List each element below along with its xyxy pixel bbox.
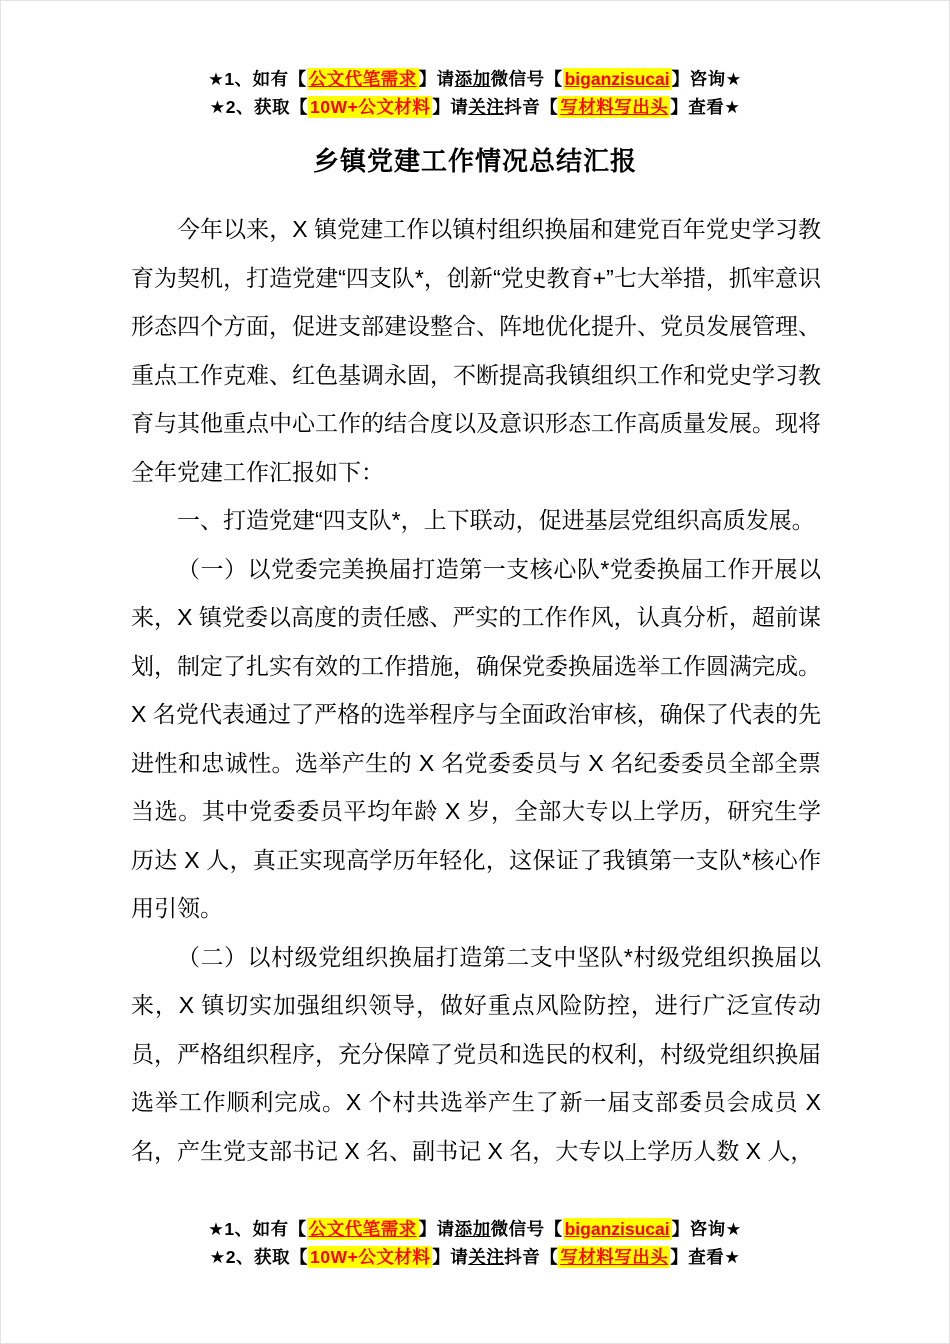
ad-line2-highlight-materials: 10W+公文材料 bbox=[308, 1246, 432, 1268]
body-paragraph-section-2: （二）以村级党组织换届打造第二支中坚队*村级党组织换届以来，X 镇切实加强组织领… bbox=[131, 933, 821, 1176]
ad-line2-underline-follow: 关注 bbox=[468, 97, 504, 117]
page-title: 乡镇党建工作情况总结汇报 bbox=[1, 143, 949, 179]
ad-line2-prefix: ★2、获取【 bbox=[210, 97, 308, 117]
ad-line1-mid1: 】请 bbox=[419, 69, 455, 89]
footer-ad-line-2: ★2、获取【10W+公文材料】请关注抖音【写材料写出头】查看★ bbox=[1, 1243, 949, 1271]
body-paragraph-heading-1: 一、打造党建“四支队*，上下联动，促进基层党组织高质发展。 bbox=[131, 496, 821, 545]
ad-line1-highlight-service: 公文代笔需求 bbox=[307, 1218, 419, 1240]
ad-line2-underline-follow: 关注 bbox=[468, 1247, 504, 1267]
ad-line1-wechat-id: biganzisucai bbox=[563, 68, 672, 90]
body-paragraph-section-1: （一）以党委完美换届打造第一支核心队*党委换届工作开展以来，X 镇党委以高度的责… bbox=[131, 545, 821, 933]
ad-line1-underline-add: 添加 bbox=[455, 1219, 491, 1239]
footer-ad-block: ★1、如有【公文代笔需求】请添加微信号【biganzisucai】咨询★ ★2、… bbox=[1, 1215, 949, 1271]
document-body: 今年以来，X 镇党建工作以镇村组织换届和建党百年党史学习教育为契机，打造党建“四… bbox=[131, 205, 821, 1175]
ad-line2-suffix: 】查看★ bbox=[670, 1247, 740, 1267]
ad-line2-highlight-materials: 10W+公文材料 bbox=[308, 96, 432, 118]
ad-line1-mid2: 微信号【 bbox=[491, 1219, 563, 1239]
header-ad-line-2: ★2、获取【10W+公文材料】请关注抖音【写材料写出头】查看★ bbox=[1, 93, 949, 121]
document-page: ★1、如有【公文代笔需求】请添加微信号【biganzisucai】咨询★ ★2、… bbox=[0, 0, 950, 1344]
ad-line2-mid2: 抖音【 bbox=[504, 1247, 558, 1267]
ad-line1-highlight-service: 公文代笔需求 bbox=[307, 68, 419, 90]
ad-line2-douyin-id: 写材料写出头 bbox=[558, 96, 670, 118]
header-ad-line-1: ★1、如有【公文代笔需求】请添加微信号【biganzisucai】咨询★ bbox=[1, 65, 949, 93]
ad-line1-prefix: ★1、如有【 bbox=[208, 69, 306, 89]
ad-line2-prefix: ★2、获取【 bbox=[210, 1247, 308, 1267]
ad-line2-mid1: 】请 bbox=[432, 1247, 468, 1267]
header-ad-block: ★1、如有【公文代笔需求】请添加微信号【biganzisucai】咨询★ ★2、… bbox=[1, 1, 949, 121]
ad-line2-mid2: 抖音【 bbox=[504, 97, 558, 117]
body-paragraph-intro: 今年以来，X 镇党建工作以镇村组织换届和建党百年党史学习教育为契机，打造党建“四… bbox=[131, 205, 821, 496]
ad-line1-mid2: 微信号【 bbox=[491, 69, 563, 89]
ad-line2-suffix: 】查看★ bbox=[670, 97, 740, 117]
ad-line2-mid1: 】请 bbox=[432, 97, 468, 117]
ad-line1-suffix: 】咨询★ bbox=[672, 1219, 742, 1239]
ad-line1-suffix: 】咨询★ bbox=[672, 69, 742, 89]
footer-ad-line-1: ★1、如有【公文代笔需求】请添加微信号【biganzisucai】咨询★ bbox=[1, 1215, 949, 1243]
ad-line1-wechat-id: biganzisucai bbox=[563, 1218, 672, 1240]
ad-line2-douyin-id: 写材料写出头 bbox=[558, 1246, 670, 1268]
ad-line1-mid1: 】请 bbox=[419, 1219, 455, 1239]
ad-line1-prefix: ★1、如有【 bbox=[208, 1219, 306, 1239]
ad-line1-underline-add: 添加 bbox=[455, 69, 491, 89]
